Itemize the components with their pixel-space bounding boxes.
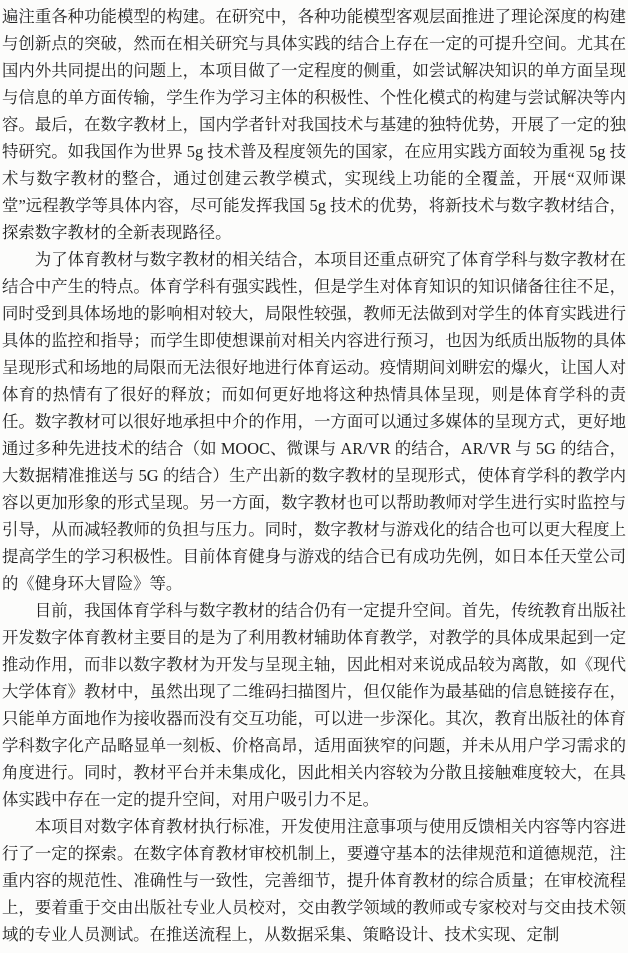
paragraph-improvement-space: 目前，我国体育学科与数字教材的结合仍有一定提升空间。首先，传统教育出版社开发数字…	[2, 597, 626, 813]
paragraph-standards-exploration: 本项目对数字体育教材执行标准，开发使用注意事项与使用反馈相关内容等内容进行了一定…	[2, 813, 626, 948]
paragraph-continuation: 遍注重各种功能模型的构建。在研究中，各种功能模型客观层面推进了理论深度的构建与创…	[2, 3, 626, 246]
document-page: 遍注重各种功能模型的构建。在研究中，各种功能模型客观层面推进了理论深度的构建与创…	[0, 0, 628, 953]
paragraph-sports-digital-combination: 为了体育教材与数字教材的相关结合，本项目还重点研究了体育学科与数字教材在结合中产…	[2, 246, 626, 597]
